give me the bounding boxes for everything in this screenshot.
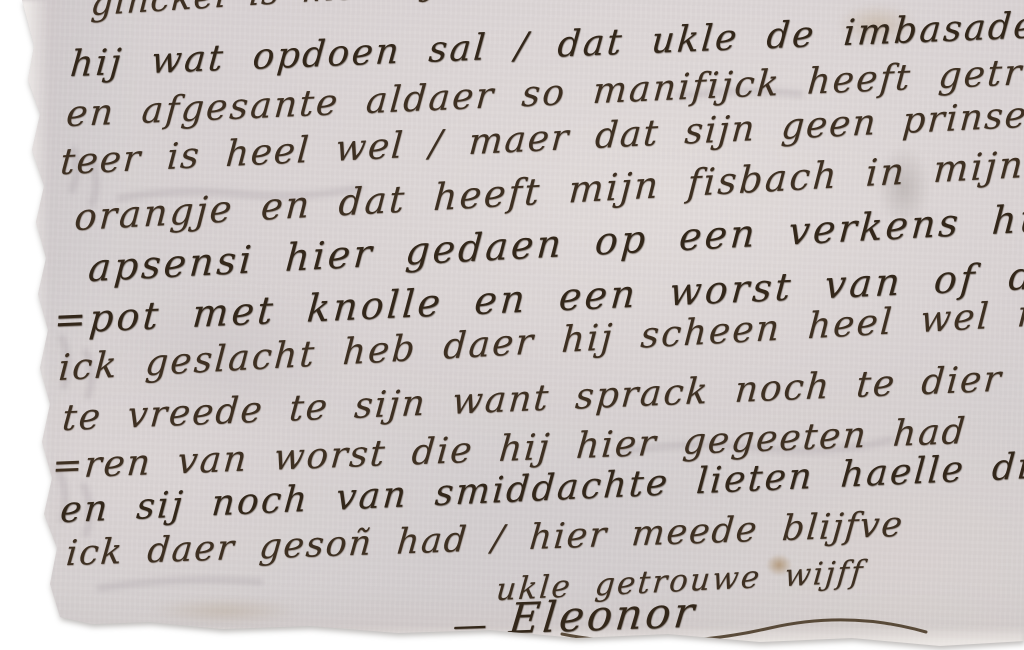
paper-shadow: ginckel is met sijn volck wegh hij wat o… xyxy=(0,0,1024,650)
signature-dash: — xyxy=(452,605,487,646)
signature-flourish xyxy=(560,608,930,648)
scanned-letter-page: ginckel is met sijn volck wegh hij wat o… xyxy=(0,0,1024,650)
manuscript-paper: ginckel is met sijn volck wegh hij wat o… xyxy=(0,0,1024,650)
